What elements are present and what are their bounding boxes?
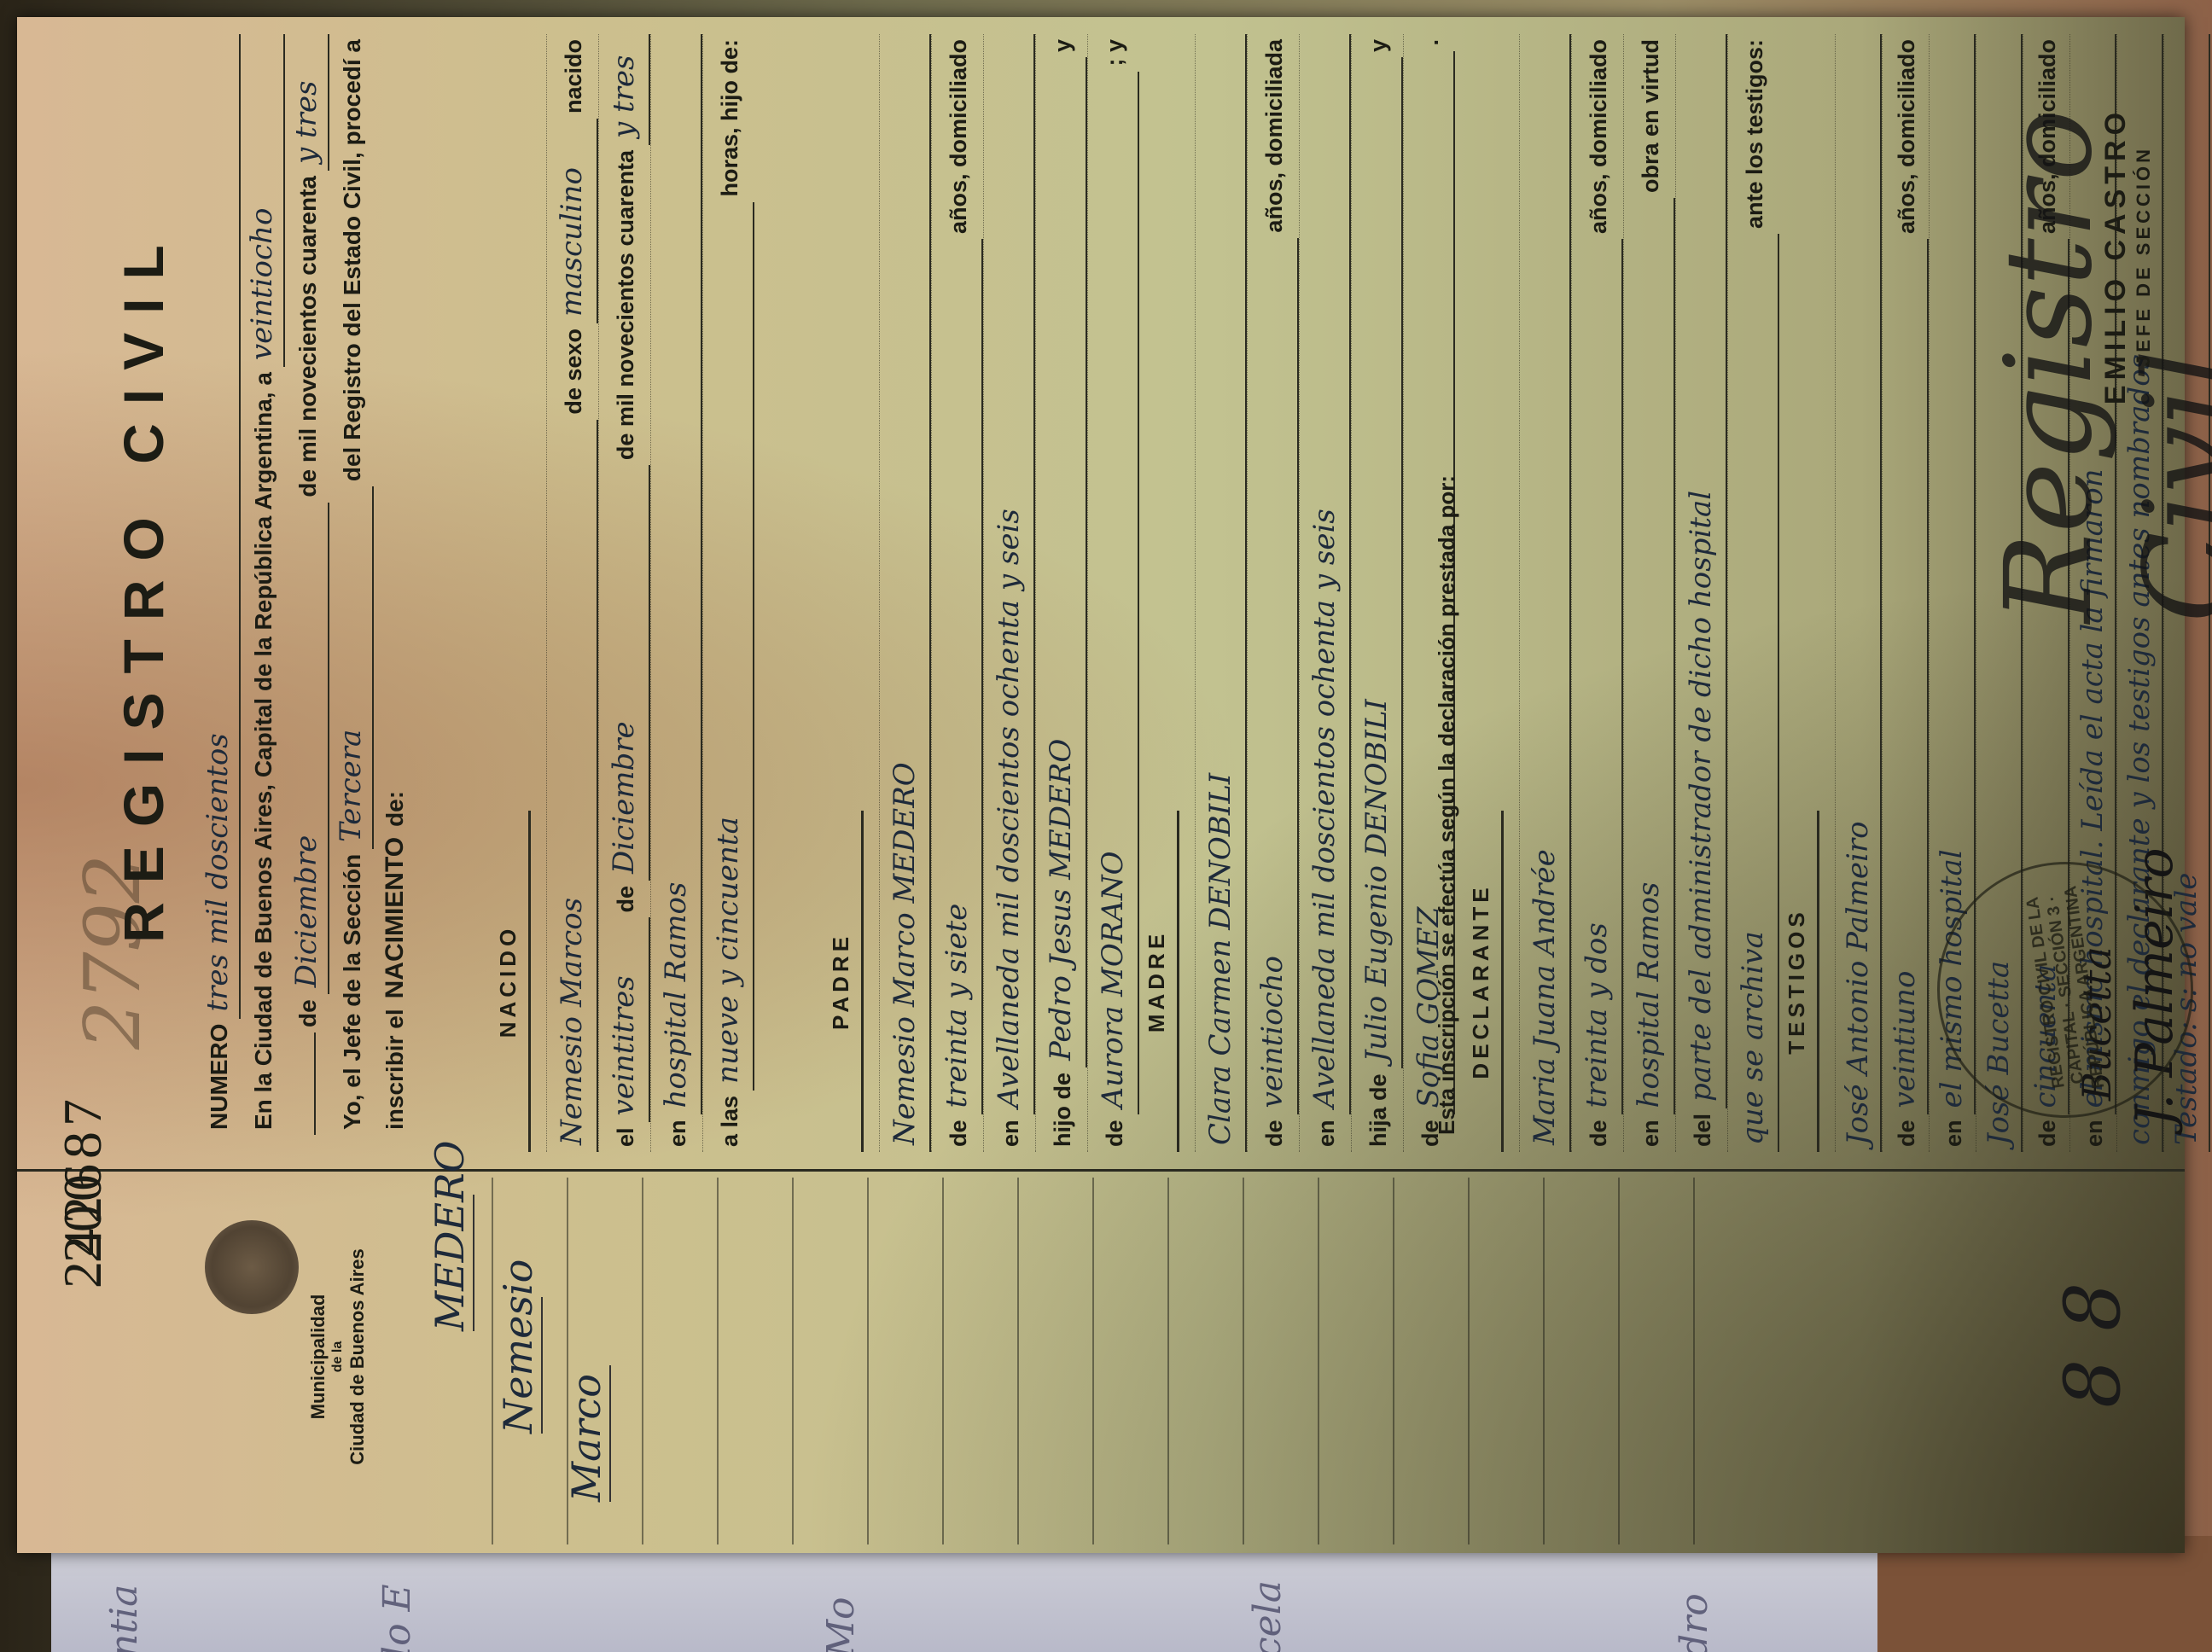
intro-year-value: y tres [285, 34, 329, 171]
margin-mark: 8 [2048, 1359, 2138, 1408]
testigo1-dom-prefix: en [1931, 1114, 1976, 1152]
padre-edad-prefix: de [934, 1114, 983, 1152]
certificate-stub: 200 Municipalidad de la Ciudad de Buenos… [17, 1169, 2185, 1553]
certificate-body: 2792 242687 REGISTRO CIVIL NUMERO tres m… [17, 17, 2185, 1152]
declarante-ante-suffix: ante los testigos: [1730, 34, 1779, 234]
hora-suffix: horas, hijo de: [705, 34, 754, 202]
numero-label: NUMERO [198, 1019, 241, 1135]
hora-value: nueve y cincuenta [703, 202, 754, 1091]
nacido-name: Nemesio Marcos [547, 420, 598, 1152]
madre-edad: veintiocho [1248, 238, 1299, 1115]
numero-value: tres mil doscientos [196, 34, 241, 1019]
fecha-day: veintitres [599, 917, 650, 1122]
padre-madre-prefix: de [1090, 1114, 1139, 1152]
sexo-value: masculino [547, 119, 598, 323]
padre-edad-suffix: años, domiciliado [934, 34, 983, 239]
padre-dom-prefix: en [986, 1114, 1035, 1152]
padre-fields: Nemesio Marco MEDERO de treinta y siete … [879, 34, 1139, 1152]
section-label-madre: MADRE [1144, 811, 1179, 1152]
birth-certificate: 200 Municipalidad de la Ciudad de Buenos… [17, 17, 2185, 1553]
declarante-obra-prefix: del [1678, 1108, 1727, 1152]
municipality-heading: Municipalidad de la Ciudad de Buenos Air… [307, 1246, 369, 1468]
padre-hijo-prefix: hijo de [1038, 1067, 1087, 1152]
madre-dom-prefix: en [1301, 1114, 1351, 1152]
underlying-handwriting: ntia [102, 1556, 146, 1652]
madre-edad-prefix: de [1249, 1114, 1299, 1152]
fecha-year-label: de mil novecientos cuarenta [601, 145, 650, 465]
intro-de-colon: de: [374, 786, 416, 832]
underlying-handwriting: dro [1673, 1556, 1716, 1652]
margin-mark: 8 [2048, 1283, 2138, 1331]
official-signer: EMILIO CASTRO JEFE DE SECCIÓN [2099, 43, 2155, 469]
intro-registro-label: del Registro del Estado Civil, procedí a [331, 34, 374, 486]
madre-name: Clara Carmen DENOBILI [1196, 34, 1247, 1152]
declarante-dom-prefix: en [1626, 1114, 1675, 1152]
section-label-nacido: NACIDO [495, 811, 531, 1152]
municipality-line: Municipalidad [307, 1246, 329, 1468]
padre-domicilio: Avellaneda mil doscientos ochenta y seis [984, 34, 1035, 1114]
municipal-seal-icon [205, 1220, 299, 1314]
intro-month-value: Diciembre [285, 503, 329, 995]
underlying-handwriting: Mo [819, 1556, 863, 1652]
intro-jefe-label: Yo, el Jefe de la Sección [331, 849, 374, 1135]
padre-father-name: Pedro Jesus MEDERO [1036, 57, 1087, 1067]
intro-day-value: veintiocho [241, 34, 285, 367]
intro-nacimiento: NACIMIENTO [374, 832, 416, 1003]
padre-madre-suffix: ; y [1090, 34, 1139, 72]
padre-name: Nemesio Marco MEDERO [880, 34, 931, 1152]
declarante-name: Maria Juana Andrée [1520, 34, 1571, 1152]
madre-domicilio: Avellaneda mil doscientos ochenta y seis [1300, 34, 1351, 1114]
fecha-year: y tres [599, 34, 650, 145]
intro-year-label: de mil novecientos cuarenta [287, 171, 329, 503]
fecha-de: de [601, 881, 650, 918]
hora-prefix: a las [705, 1091, 754, 1152]
sexo-label: de sexo [549, 323, 598, 420]
underlying-page: ntia lo E Mo cela dro [51, 1536, 1886, 1652]
official-role: JEFE DE SECCIÓN [2133, 43, 2155, 469]
testigo2-edad-prefix: de [2025, 1114, 2069, 1152]
nacido-fields: Nemesio Marcos de sexo masculino nacido … [546, 34, 754, 1152]
padre-edad: treinta y siete [932, 239, 983, 1114]
madre-father-name: Julio Eugenio DENOBILI [1352, 57, 1403, 1068]
testigo1-name: José Antonio Palmeiro [1836, 34, 1882, 1152]
testigo1-edad-prefix: de [1884, 1114, 1929, 1152]
fecha-prefix: el [601, 1122, 650, 1152]
stamp-text: REGISTRO CIVIL DE LA CAPITAL · SECCIÓN 3… [2018, 862, 2111, 1119]
lugar-value: hospital Ramos [651, 34, 702, 1114]
serial-number: 242687 [51, 1094, 114, 1288]
official-signature: Registro Civil [1980, 17, 2212, 623]
declarante-archivo: que se archiva [1728, 234, 1779, 1152]
lugar-prefix: en [653, 1114, 702, 1152]
declarante-fields: Maria Juana Andrée de treinta y dos años… [1519, 34, 1779, 1152]
intro-seccion-value: Tercera [329, 486, 374, 849]
table-surface [1877, 1536, 2212, 1652]
document-title: REGISTRO CIVIL [111, 17, 176, 1152]
declaration-statement: Esta inscripción se efectúa según la dec… [1434, 34, 1460, 1135]
section-label-padre: PADRE [828, 811, 864, 1152]
section-label-testigos: TESTIGOS [1784, 811, 1819, 1152]
madre-hija-prefix: hija de [1353, 1068, 1403, 1152]
intro-city-label: En la Ciudad de Buenos Aires, Capital de… [242, 367, 285, 1135]
padre-hijo-suffix: y [1038, 34, 1087, 57]
padre-mother-name: Aurora MORANO [1088, 72, 1139, 1115]
declarante-edad: treinta y dos [1572, 239, 1623, 1114]
nacido-label: nacido [549, 34, 598, 119]
madre-fields: Clara Carmen DENOBILI de veintiocho años… [1195, 34, 1455, 1152]
testigo2-dom-prefix: en [2072, 1114, 2116, 1152]
underlying-handwriting: cela [1246, 1556, 1289, 1652]
municipality-line: Ciudad de Buenos Aires [346, 1246, 369, 1468]
stub-ruled-lines [418, 1178, 1698, 1544]
madre-hija-suffix: y [1353, 34, 1403, 57]
declarante-dom-suffix: obra en virtud [1626, 34, 1675, 198]
declarante-domicilio: hospital Ramos [1624, 198, 1675, 1114]
testigo1-edad-suffix: años, domiciliado [1884, 34, 1929, 239]
underlying-handwriting: lo E [375, 1556, 419, 1652]
official-name: EMILIO CASTRO [2099, 43, 2133, 469]
declarante-obra: parte del administrador de dicho hospita… [1676, 34, 1727, 1108]
intro-de: de [287, 994, 329, 1032]
municipality-line: de la [329, 1246, 346, 1468]
declarante-edad-suffix: años, domiciliado [1574, 34, 1623, 239]
section-label-declarante: DECLARANTE [1468, 811, 1504, 1152]
intro-inscribir: inscribir el [374, 1003, 416, 1135]
declarante-edad-prefix: de [1574, 1114, 1623, 1152]
madre-edad-suffix: años, domiciliada [1249, 34, 1299, 238]
intro-block: NUMERO tres mil doscientos En la Ciudad … [196, 34, 416, 1135]
blank-line [314, 1032, 316, 1135]
fecha-month: Diciembre [599, 465, 650, 881]
testigo1-edad: veintiuno [1883, 239, 1929, 1114]
